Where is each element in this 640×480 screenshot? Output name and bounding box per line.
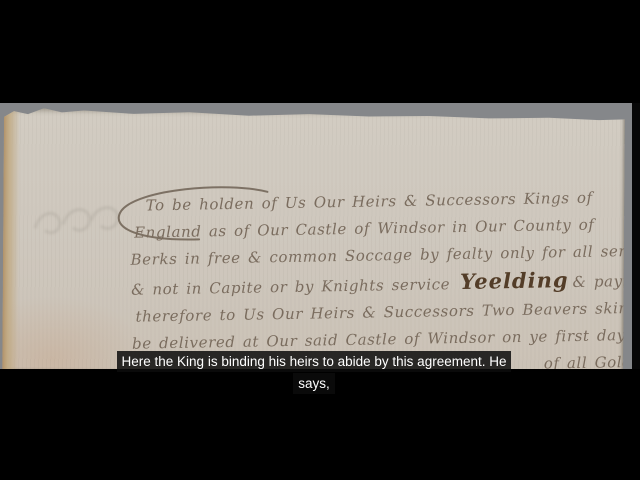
subtitle-line-2: says, <box>0 373 628 394</box>
manuscript-paper: To be holden of Us Our Heirs & Successor… <box>2 108 625 369</box>
subtitle-text: Here the King is binding his heirs to ab… <box>117 351 512 372</box>
manuscript-line-segment: & paying <box>572 272 640 291</box>
frame-right-shadow <box>632 103 640 369</box>
manuscript-line-segment: & not in Capite or by Knights service <box>131 275 450 299</box>
letterbox-top <box>0 0 640 103</box>
manuscript-emphasis-word: Yeelding <box>460 267 569 294</box>
subtitle-overlay: Here the King is binding his heirs to ab… <box>0 351 628 395</box>
video-player-area: To be holden of Us Our Heirs & Successor… <box>0 0 640 480</box>
video-frame[interactable]: To be holden of Us Our Heirs & Successor… <box>0 103 640 369</box>
manuscript-text: To be holden of Us Our Heirs & Successor… <box>123 184 638 369</box>
subtitle-line-1: Here the King is binding his heirs to ab… <box>0 351 628 372</box>
subtitle-text: says, <box>293 373 335 394</box>
